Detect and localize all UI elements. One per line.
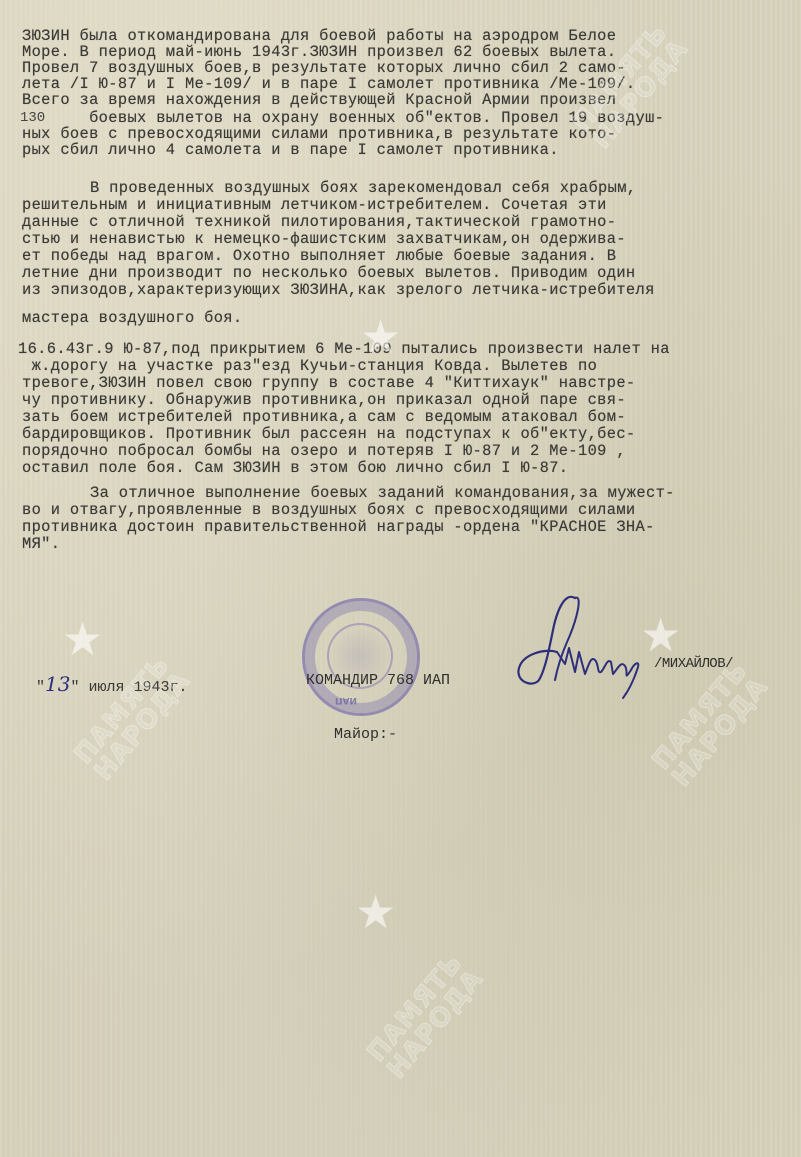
text-line: В проведенных воздушных боях зарекомендо…: [90, 180, 636, 196]
watermark-text: ПАМЯТЬ НАРОДА: [648, 657, 773, 792]
handwritten-signature: [505, 590, 655, 700]
text-line: данные с отличной техникой пилотирования…: [22, 214, 616, 230]
commander-title: КОМАНДИР 768 ИАП: [306, 672, 450, 690]
text-line: ЗЮЗИН была откомандирована для боевой ра…: [22, 28, 616, 44]
text-line: оставил поле боя. Сам ЗЮЗИН в этом бою л…: [22, 460, 568, 476]
text-line: мастера воздушного боя.: [22, 310, 242, 326]
text-line: лета /I Ю-87 и I Ме-109/ и в паре I само…: [22, 76, 636, 92]
document-page: ЗЮЗИН была откомандирована для боевой ра…: [0, 0, 801, 1157]
star-icon: ★: [62, 612, 103, 666]
text-line: Всего за время нахождения в действующей …: [22, 92, 616, 108]
text-line: Провел 7 воздушных боев,в результате кот…: [22, 60, 626, 76]
text-line: Море. В период май-июнь 1943г.ЗЮЗИН прои…: [22, 44, 616, 60]
text-line: бардировщиков. Противник был рассеян на …: [22, 426, 636, 442]
text-line: стью и ненавистью к немецко-фашистским з…: [22, 231, 626, 247]
text-line: тревоге,ЗЮЗИН повел свою группу в состав…: [22, 375, 636, 391]
text-line: противника достоин правительственной наг…: [22, 519, 655, 535]
text-line: зать боем истребителей противника,а сам …: [22, 409, 626, 425]
star-icon: ★: [355, 885, 396, 939]
signatory-name: /МИХАЙЛОВ/: [654, 656, 733, 672]
watermark-text: ПАМЯТЬ НАРОДА: [363, 949, 488, 1084]
text-line: во и отвагу,проявленные в воздушных боях…: [22, 502, 636, 518]
date-day-handwritten: 13: [45, 672, 70, 696]
text-line: МЯ".: [22, 536, 60, 552]
text-line: ных боев с превосходящими силами противн…: [22, 126, 616, 142]
text-line: 16.6.43г.9 Ю-87,под прикрытием 6 Ме-109 …: [18, 341, 670, 357]
date-month-year: июля 1943г.: [79, 679, 187, 696]
text-line: За отличное выполнение боевых заданий ко…: [90, 485, 675, 501]
margin-number: 130: [20, 110, 45, 126]
watermark-text: ПАМЯТЬ НАРОДА: [70, 651, 195, 786]
text-line: порядочно побросал бомбы на озеро и поте…: [22, 443, 626, 459]
text-line: рых сбил лично 4 самолета и в паре I сам…: [22, 142, 559, 158]
text-line: чу противнику. Обнаружив противника,он п…: [22, 392, 626, 408]
text-line: боевых вылетов на охрану военных об"екто…: [22, 110, 664, 126]
text-line: из эпизодов,характеризующих ЗЮЗИНА,как з…: [22, 282, 655, 298]
text-line: летние дни производит по несколько боевы…: [22, 265, 636, 281]
commander-block: КОМАНДИР 768 ИАП Майор:-: [306, 636, 450, 780]
text-line: ж.дорогу на участке раз"езд Кучьи-станци…: [22, 358, 597, 374]
commander-rank: Майор:-: [306, 726, 450, 744]
text-line: решительным и инициативным летчиком-истр…: [22, 197, 607, 213]
document-date: "13" июля 1943г.: [36, 672, 188, 696]
text-line: ет победы над врагом. Охотно выполняет л…: [22, 248, 616, 264]
